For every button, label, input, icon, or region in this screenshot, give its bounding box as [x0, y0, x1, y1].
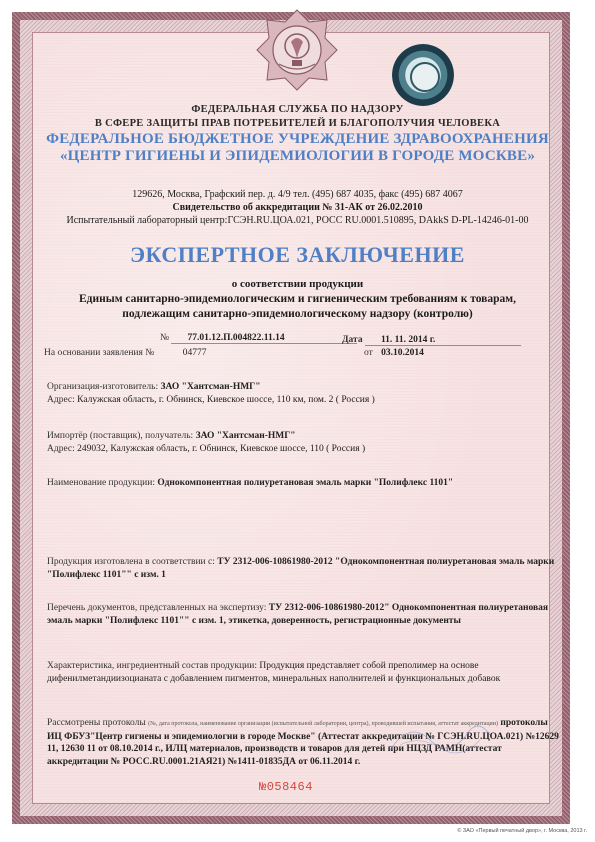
- manufacturer-label: Организация-изготовитель:: [47, 382, 158, 392]
- conclusion-date-row: Дата 11. 11. 2014 г.: [342, 335, 521, 346]
- importer-section: Импортёр (поставщик), получатель: ЗАО "Х…: [47, 430, 557, 455]
- subtitle-line-3: подлежащим санитарно-эпидемиологическому…: [0, 308, 595, 320]
- application-label: На основании заявления №: [44, 348, 154, 358]
- standard-label: Продукция изготовлена в соответствии с:: [47, 557, 215, 567]
- importer-label: Импортёр (поставщик), получатель:: [47, 431, 193, 441]
- subtitle-line-1: о соответствии продукции: [0, 278, 595, 290]
- subtitle-line-2: Единым санитарно-эпидемиологическим и ги…: [0, 293, 595, 305]
- accreditation-certificate: Свидетельство об аккредитации № 31-АК от…: [0, 202, 595, 213]
- number-label: №: [160, 333, 169, 343]
- documents-section: Перечень документов, представленных на э…: [47, 602, 557, 627]
- printer-imprint: © ЗАО «Первый печатный двор», г. Москва,…: [457, 828, 587, 834]
- application-date-row: от 03.10.2014: [364, 348, 424, 358]
- agency-line-2: В СФЕРЕ ЗАЩИТЫ ПРАВ ПОТРЕБИТЕЛЕЙ И БЛАГО…: [0, 118, 595, 129]
- manufacturer-name: ЗАО "Хантсман-НМГ": [161, 382, 261, 392]
- conclusion-date: 11. 11. 2014 г.: [365, 335, 521, 346]
- agency-line-1: ФЕДЕРАЛЬНАЯ СЛУЖБА ПО НАДЗОРУ: [0, 104, 595, 115]
- manufacturer-address-label: Адрес:: [47, 395, 75, 405]
- characteristics-section: Характеристика, ингредиентный состав про…: [47, 660, 557, 685]
- documents-label: Перечень документов, представленных на э…: [47, 603, 266, 613]
- standard-section: Продукция изготовлена в соответствии с: …: [47, 556, 557, 581]
- application-number: 04777: [183, 348, 207, 358]
- importer-address: 249032, Калужская область, г. Обнинск, К…: [77, 444, 365, 454]
- document-title: ЭКСПЕРТНОЕ ЗАКЛЮЧЕНИЕ: [0, 242, 595, 268]
- organization-line-2: «ЦЕНТР ГИГИЕНЫ И ЭПИДЕМИОЛОГИИ В ГОРОДЕ …: [0, 148, 595, 165]
- application-date: 03.10.2014: [381, 348, 424, 358]
- importer-address-label: Адрес:: [47, 444, 75, 454]
- rospotrebnadzor-emblem-icon: [255, 8, 339, 92]
- form-serial-number: №058464: [259, 780, 313, 794]
- product-label: Наименование продукции:: [47, 478, 155, 488]
- protocols-label: Рассмотрены протоколы: [47, 718, 146, 728]
- manufacturer-section: Организация-изготовитель: ЗАО "Хантсман-…: [47, 381, 557, 406]
- product-name: Однокомпонентная полиуретановая эмаль ма…: [157, 478, 453, 488]
- signature-scribble-icon: [380, 700, 500, 760]
- characteristics-label: Характеристика, ингредиентный состав про…: [47, 661, 257, 671]
- from-label: от: [364, 348, 373, 358]
- organization-address: 129626, Москва, Графский пер. д. 4/9 тел…: [0, 189, 595, 200]
- lab-center: Испытательный лабораторный центр:ГСЭН.RU…: [0, 215, 595, 226]
- conclusion-number: 77.01.12.П.004822.11.14: [171, 333, 357, 344]
- organization-line-1: ФЕДЕРАЛЬНОЕ БЮДЖЕТНОЕ УЧРЕЖДЕНИЕ ЗДРАВОО…: [0, 131, 595, 148]
- application-row: На основании заявления № 04777: [44, 348, 206, 358]
- conclusion-number-row: № 77.01.12.П.004822.11.14: [160, 333, 357, 344]
- date-label: Дата: [342, 335, 363, 345]
- manufacturer-address: Калужская область, г. Обнинск, Киевское …: [77, 395, 375, 405]
- hologram-seal-icon: [392, 44, 454, 106]
- product-section: Наименование продукции: Однокомпонентная…: [47, 477, 557, 490]
- importer-name: ЗАО "Хантсман-НМГ": [196, 431, 296, 441]
